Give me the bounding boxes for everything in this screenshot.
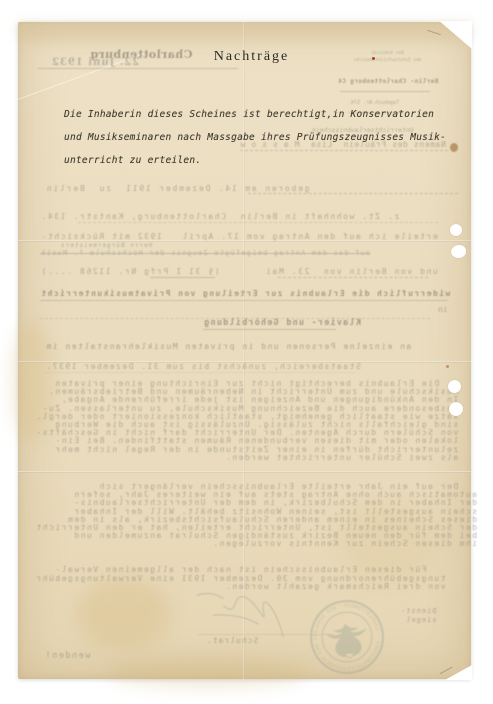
punch-hole-2 [451,245,466,258]
punch-hole-3 [448,380,461,393]
punch-hole-4 [449,402,463,416]
typed-statement: Die Inhaberin dieses Scheines ist berech… [64,103,446,172]
punch-hole-1 [450,224,462,236]
page-title: Nachträge [18,49,471,65]
scan-canvas: { "front": { "heading": "Nachträge", "ty… [0,0,493,704]
front-layer: Nachträge Die Inhaberin dieses Scheines … [18,22,471,679]
document-paper: Der Schulrat des Schulaufsichtsbezirks B… [18,22,471,679]
